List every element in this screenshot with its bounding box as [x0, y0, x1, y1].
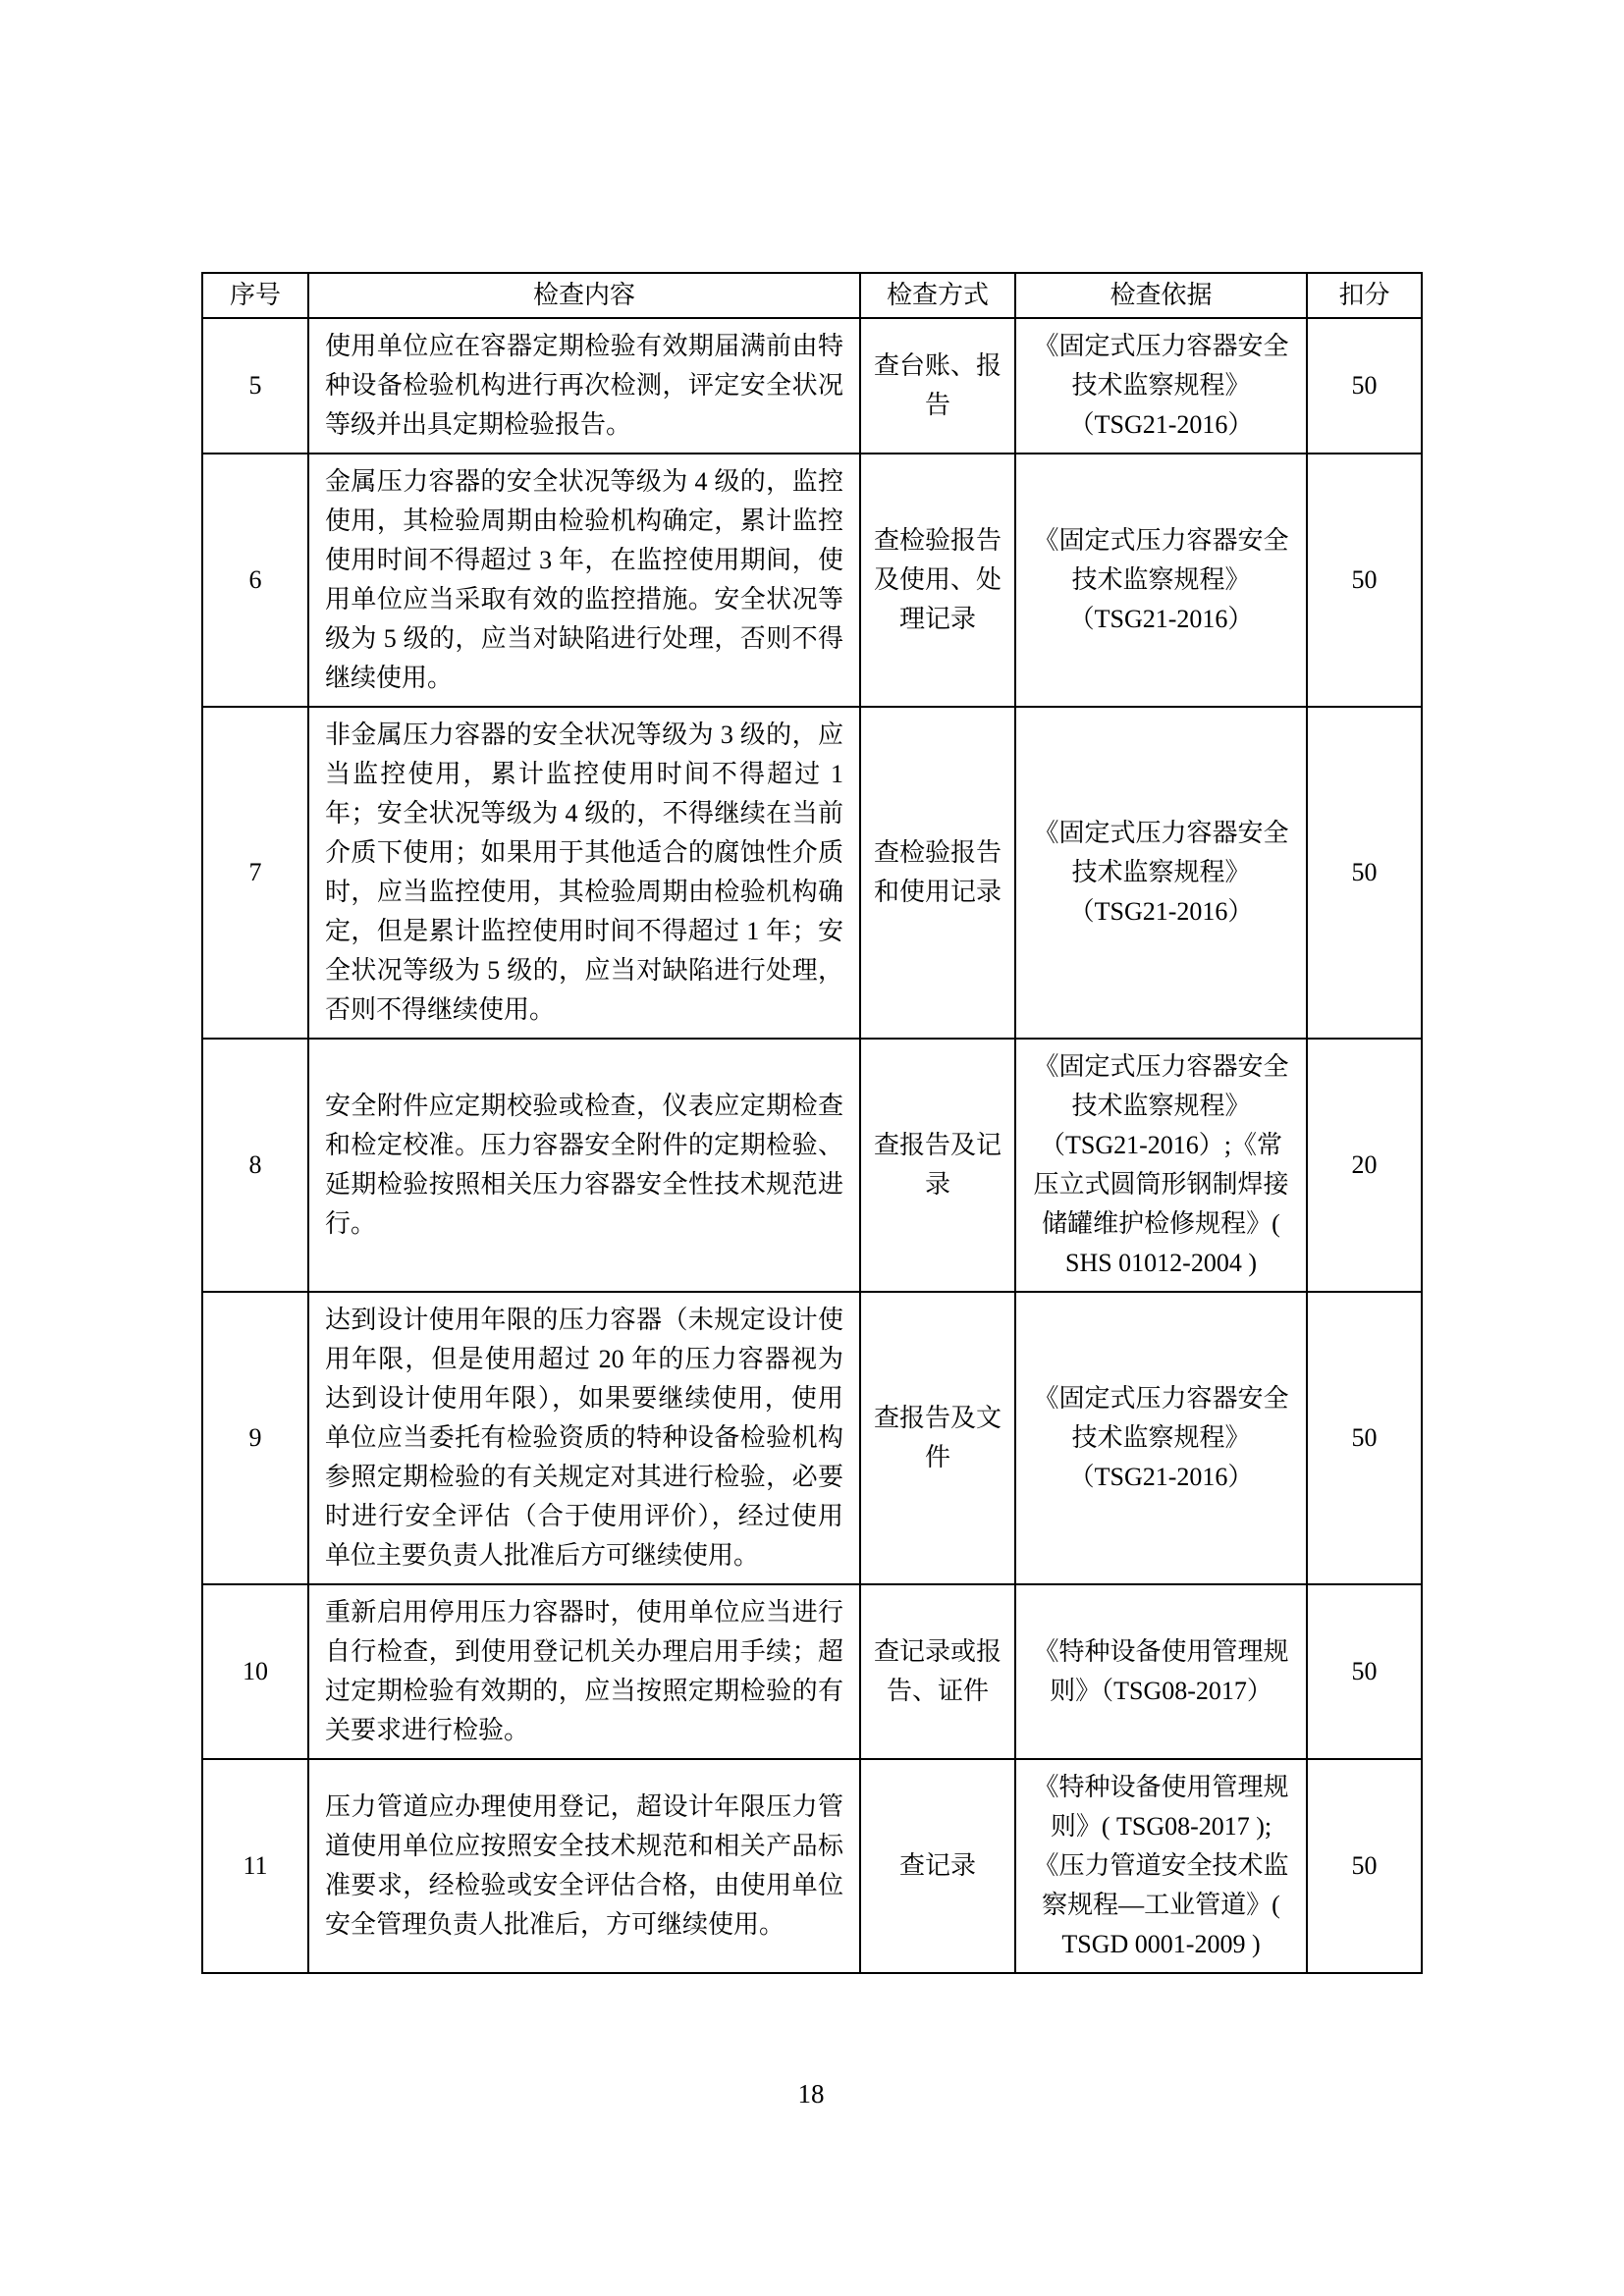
column-header-seq: 序号 — [202, 273, 308, 318]
cell-sequence-number: 6 — [202, 454, 308, 707]
cell-inspection-method: 查记录或报告、证件 — [860, 1584, 1015, 1759]
cell-inspection-content: 金属压力容器的安全状况等级为 4 级的，监控使用，其检验周期由检验机构确定，累计… — [308, 454, 860, 707]
column-header-content: 检查内容 — [308, 273, 860, 318]
cell-sequence-number: 11 — [202, 1759, 308, 1973]
table-row: 6 金属压力容器的安全状况等级为 4 级的，监控使用，其检验周期由检验机构确定，… — [202, 454, 1422, 707]
table-header-row: 序号 检查内容 检查方式 检查依据 扣分 — [202, 273, 1422, 318]
page-number: 18 — [201, 2077, 1421, 2110]
cell-inspection-basis: 《特种设备使用管理规则》( TSG08-2017 );《压力管道安全技术监察规程… — [1015, 1759, 1307, 1973]
cell-inspection-content: 安全附件应定期校验或检查，仪表应定期检查和检定校准。压力容器安全附件的定期检验、… — [308, 1039, 860, 1292]
column-header-method: 检查方式 — [860, 273, 1015, 318]
column-header-basis: 检查依据 — [1015, 273, 1307, 318]
cell-inspection-method: 查报告及记录 — [860, 1039, 1015, 1292]
cell-deduction-score: 50 — [1307, 318, 1422, 454]
cell-inspection-content: 重新启用停用压力容器时，使用单位应当进行自行检查，到使用登记机关办理启用手续；超… — [308, 1584, 860, 1759]
cell-inspection-basis: 《特种设备使用管理规则》（TSG08-2017） — [1015, 1584, 1307, 1759]
table-row: 11 压力管道应办理使用登记，超设计年限压力管道使用单位应按照安全技术规范和相关… — [202, 1759, 1422, 1973]
cell-deduction-score: 50 — [1307, 1759, 1422, 1973]
cell-inspection-content: 非金属压力容器的安全状况等级为 3 级的，应当监控使用，累计监控使用时间不得超过… — [308, 707, 860, 1039]
cell-inspection-method: 查检验报告和使用记录 — [860, 707, 1015, 1039]
cell-sequence-number: 9 — [202, 1292, 308, 1584]
table-row: 7 非金属压力容器的安全状况等级为 3 级的，应当监控使用，累计监控使用时间不得… — [202, 707, 1422, 1039]
cell-inspection-method: 查台账、报告 — [860, 318, 1015, 454]
cell-sequence-number: 5 — [202, 318, 308, 454]
cell-inspection-content: 压力管道应办理使用登记，超设计年限压力管道使用单位应按照安全技术规范和相关产品标… — [308, 1759, 860, 1973]
cell-sequence-number: 10 — [202, 1584, 308, 1759]
inspection-table: 序号 检查内容 检查方式 检查依据 扣分 5 使用单位应在容器定期检验有效期届满… — [201, 272, 1423, 1974]
cell-deduction-score: 20 — [1307, 1039, 1422, 1292]
cell-inspection-basis: 《固定式压力容器安全技术监察规程》（TSG21-2016） — [1015, 1292, 1307, 1584]
cell-inspection-method: 查报告及文件 — [860, 1292, 1015, 1584]
table-row: 8 安全附件应定期校验或检查，仪表应定期检查和检定校准。压力容器安全附件的定期检… — [202, 1039, 1422, 1292]
cell-inspection-method: 查记录 — [860, 1759, 1015, 1973]
column-header-score: 扣分 — [1307, 273, 1422, 318]
document-page: 序号 检查内容 检查方式 检查依据 扣分 5 使用单位应在容器定期检验有效期届满… — [0, 0, 1624, 2296]
cell-deduction-score: 50 — [1307, 1292, 1422, 1584]
cell-inspection-method: 查检验报告及使用、处理记录 — [860, 454, 1015, 707]
cell-inspection-basis: 《固定式压力容器安全技术监察规程》（TSG21-2016） — [1015, 318, 1307, 454]
cell-inspection-content: 使用单位应在容器定期检验有效期届满前由特种设备检验机构进行再次检测，评定安全状况… — [308, 318, 860, 454]
cell-sequence-number: 8 — [202, 1039, 308, 1292]
cell-inspection-basis: 《固定式压力容器安全技术监察规程》（TSG21-2016） — [1015, 454, 1307, 707]
table-row: 10 重新启用停用压力容器时，使用单位应当进行自行检查，到使用登记机关办理启用手… — [202, 1584, 1422, 1759]
cell-deduction-score: 50 — [1307, 707, 1422, 1039]
cell-inspection-content: 达到设计使用年限的压力容器（未规定设计使用年限，但是使用超过 20 年的压力容器… — [308, 1292, 860, 1584]
cell-inspection-basis: 《固定式压力容器安全技术监察规程》（TSG21-2016）;《常压立式圆筒形钢制… — [1015, 1039, 1307, 1292]
cell-sequence-number: 7 — [202, 707, 308, 1039]
cell-inspection-basis: 《固定式压力容器安全技术监察规程》（TSG21-2016） — [1015, 707, 1307, 1039]
cell-deduction-score: 50 — [1307, 454, 1422, 707]
table-row: 9 达到设计使用年限的压力容器（未规定设计使用年限，但是使用超过 20 年的压力… — [202, 1292, 1422, 1584]
table-row: 5 使用单位应在容器定期检验有效期届满前由特种设备检验机构进行再次检测，评定安全… — [202, 318, 1422, 454]
cell-deduction-score: 50 — [1307, 1584, 1422, 1759]
